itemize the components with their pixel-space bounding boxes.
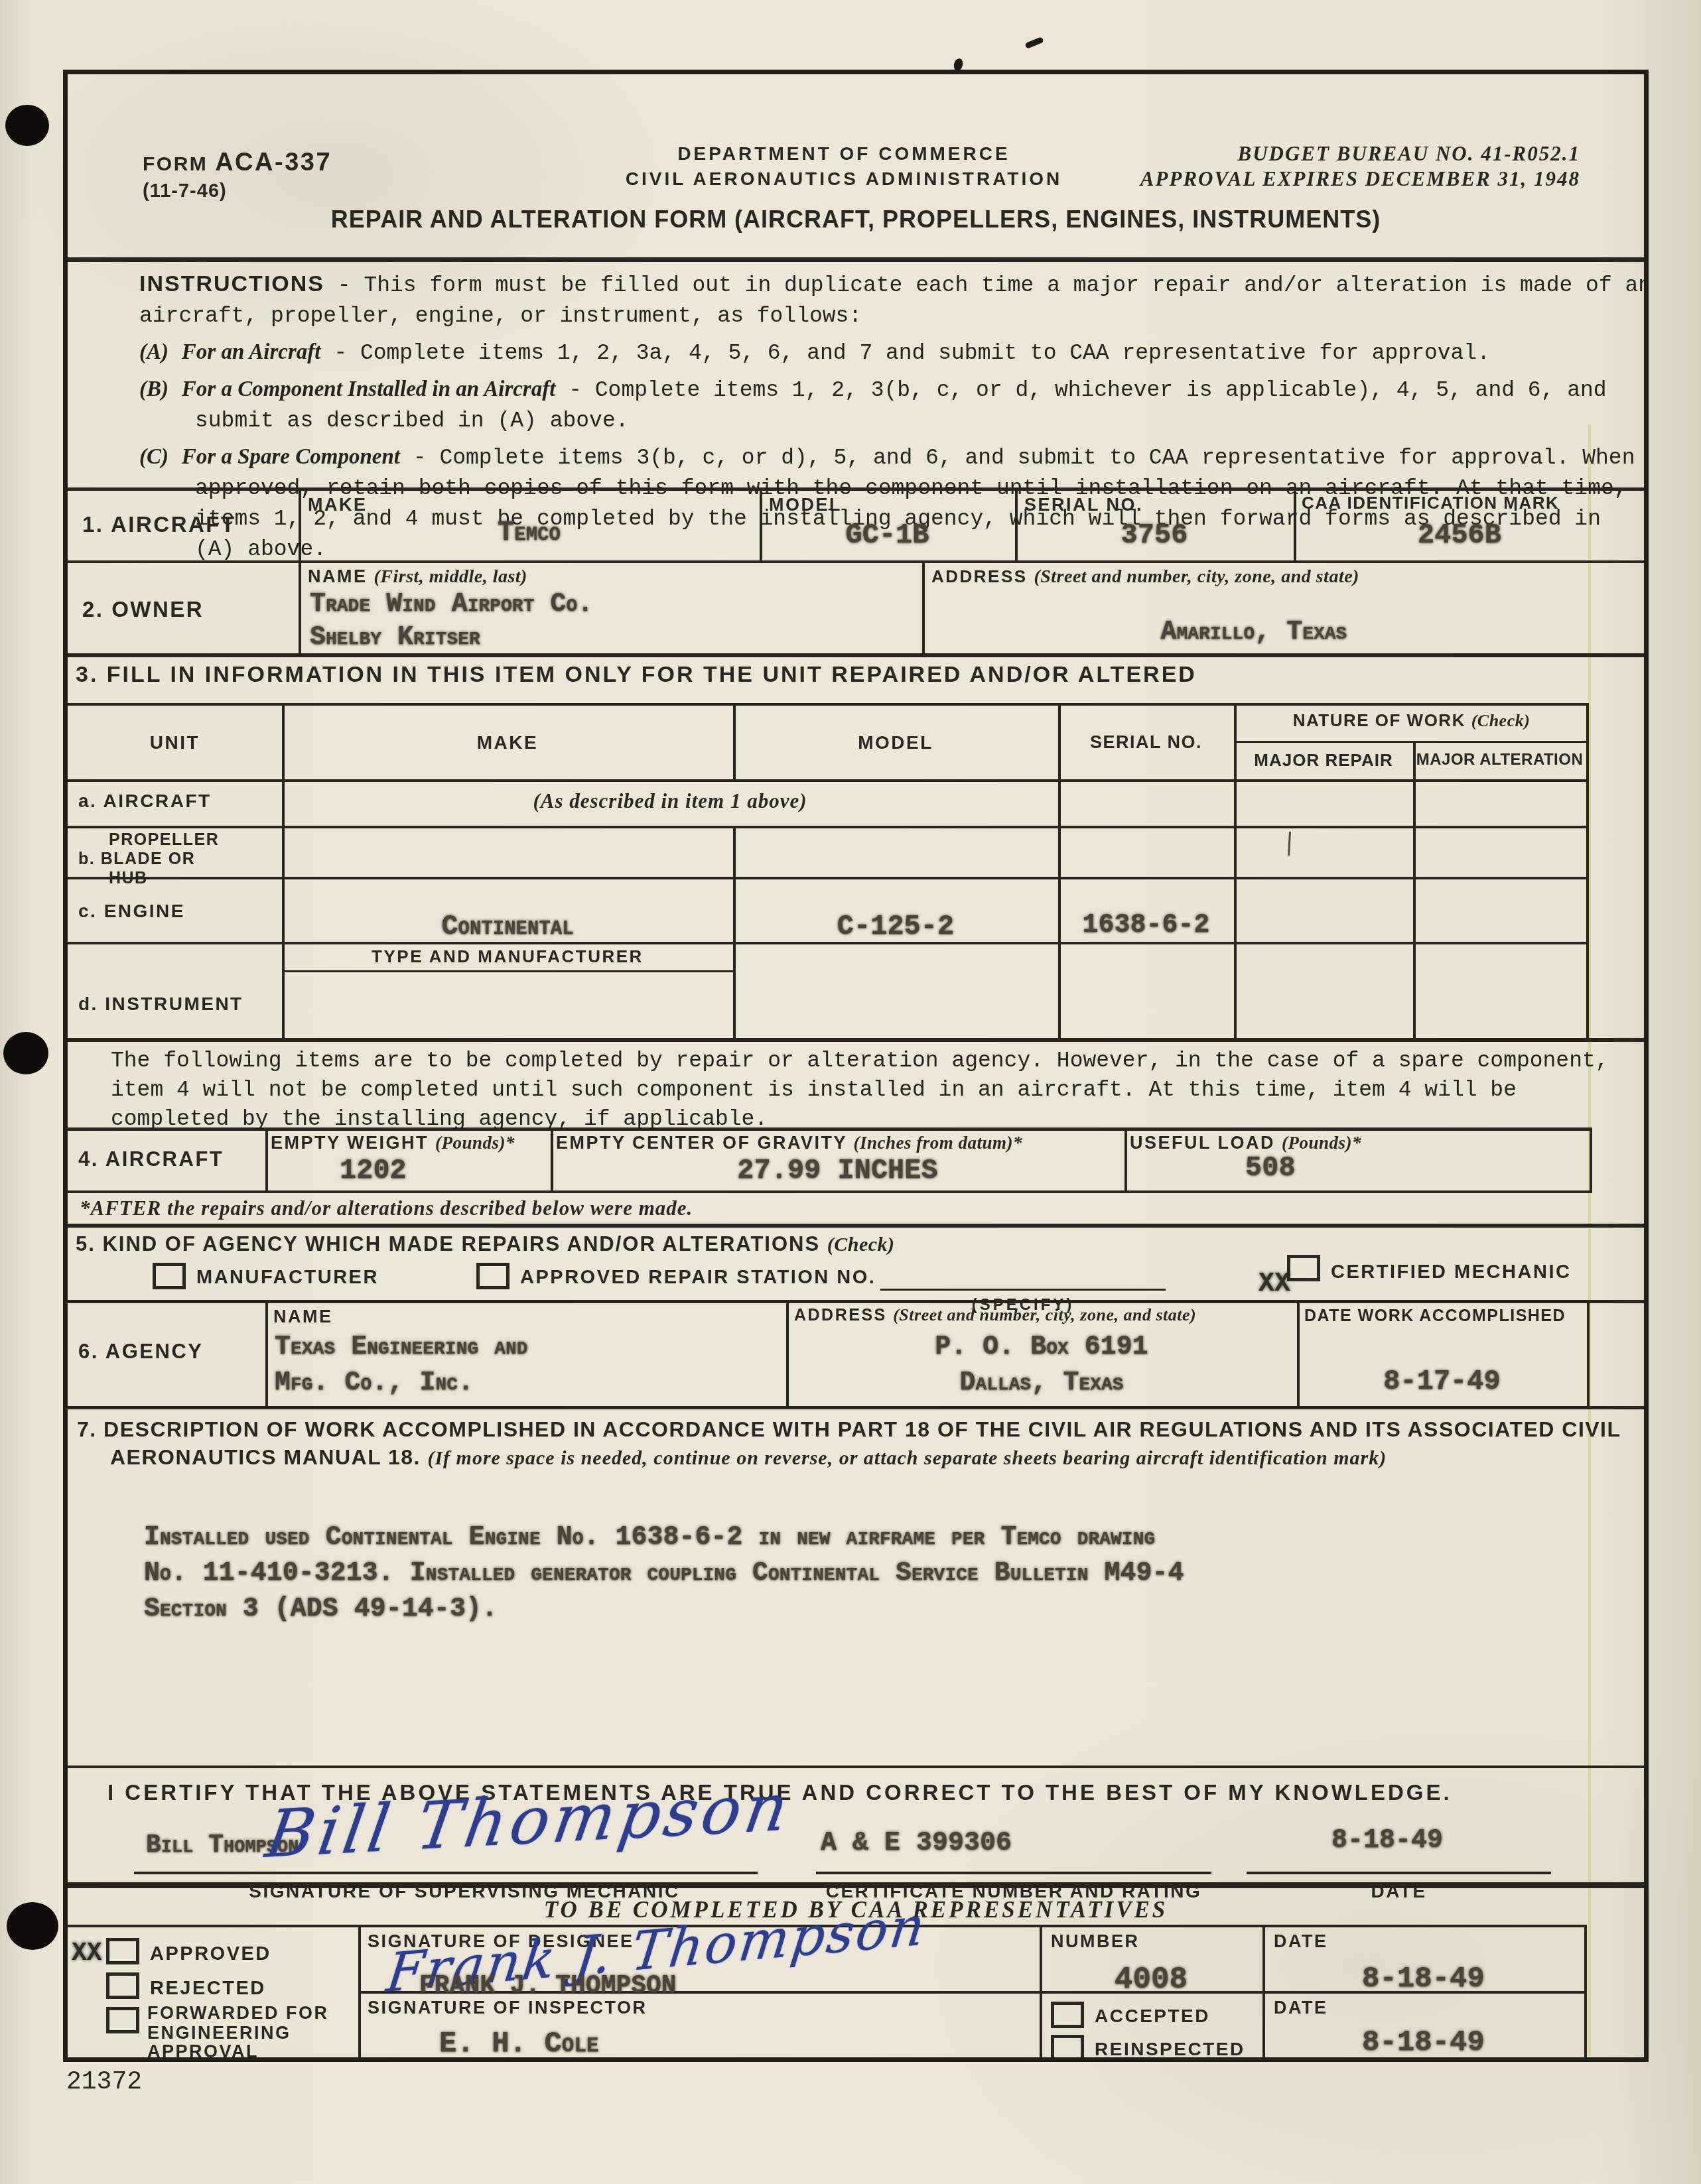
divider	[68, 560, 1644, 563]
inspector-signature-label: SIGNATURE OF INSPECTOR	[368, 1998, 647, 2018]
item1-make-label: MAKE	[308, 495, 368, 515]
item7-heading: 7. DESCRIPTION OF WORK ACCOMPLISHED IN A…	[77, 1415, 1649, 1471]
divider	[1590, 1127, 1592, 1190]
item6-date-label: DATE WORK ACCOMPLISHED	[1304, 1307, 1566, 1326]
item1-model-value: GC-1B	[760, 520, 1015, 550]
reinspected-checkbox	[1051, 2035, 1084, 2061]
certificate-number-value: A & E 399306	[821, 1829, 1012, 1858]
item1-caa-mark-label: CAA IDENTIFICATION MARK	[1302, 493, 1559, 513]
inspector-typed-name: E. H. Cole	[439, 2028, 599, 2060]
item6-address-line1: P. O. Box 6191	[786, 1333, 1297, 1362]
item6-name-line1: Texas Engineering and	[275, 1333, 528, 1362]
row-b-label-line3: HUB	[109, 869, 148, 888]
divider	[265, 1127, 268, 1190]
item1-serial-label: SERIAL NO.	[1024, 495, 1143, 515]
divider	[68, 779, 1589, 782]
row-d-sublabel: TYPE AND MANUFACTURER	[282, 947, 733, 967]
repair-station-checkbox	[476, 1263, 510, 1289]
repair-station-line	[880, 1289, 1166, 1291]
item2-name-value-line1: Trade Wind Airport Co.	[310, 590, 593, 619]
divider	[1413, 741, 1416, 1038]
divider	[68, 487, 1644, 491]
divider	[68, 703, 1589, 706]
col-major-alteration: MAJOR ALTERATION	[1413, 751, 1586, 769]
row-c-model-value: C-125-2	[733, 911, 1058, 942]
forwarded-checkbox	[106, 2007, 139, 2033]
certification-date-value: 8-18-49	[1331, 1827, 1443, 1856]
item4-cg-label: EMPTY CENTER OF GRAVITY (Inches from dat…	[556, 1133, 1022, 1153]
divider	[68, 1406, 1644, 1409]
item2-address-label: ADDRESS (Street and number, city, zone, …	[931, 566, 1359, 588]
col-model: MODEL	[733, 732, 1058, 753]
divider	[68, 1190, 1592, 1193]
rejected-checkbox	[106, 1972, 139, 1999]
budget-bureau-no: BUDGET BUREAU NO. 41-R052.1	[1056, 142, 1580, 166]
rejected-label: REJECTED	[150, 1978, 266, 2000]
form-border: FORM ACA-337 (11-7-46) DEPARTMENT OF COM…	[63, 70, 1649, 2062]
divider	[1058, 703, 1061, 1038]
accepted-label: ACCEPTED	[1095, 2006, 1210, 2027]
certified-mechanic-label: CERTIFIED MECHANIC	[1331, 1261, 1571, 1283]
row-c-serial-value: 1638-6-2	[1038, 911, 1254, 940]
divider	[1234, 741, 1589, 743]
item7-description-line1: Installed used Continental Engine No. 16…	[144, 1523, 1155, 1553]
item4-weight-label: EMPTY WEIGHT (Pounds)*	[271, 1133, 515, 1153]
item4-cg-value: 27.99 INCHES	[551, 1155, 1124, 1186]
row-c-label: c. ENGINE	[78, 901, 185, 922]
item4-weight-value: 1202	[340, 1155, 407, 1186]
item2-name-label: NAME (First, middle, last)	[308, 566, 527, 588]
scanned-page: FORM ACA-337 (11-7-46) DEPARTMENT OF COM…	[0, 0, 1701, 2184]
item4-footnote: *AFTER the repairs and/or alterations de…	[80, 1196, 693, 1220]
divider	[68, 1766, 1644, 1768]
inspector-date-label: DATE	[1274, 1998, 1328, 2018]
forwarded-label-line3: APPROVAL	[147, 2041, 259, 2062]
item4-note: The following items are to be completed …	[111, 1047, 1617, 1134]
divider	[68, 1300, 1644, 1303]
inspector-date-value: 8-18-49	[1262, 2027, 1584, 2059]
item7-description-line3: Section 3 (ADS 49-14-3).	[144, 1595, 498, 1624]
divider	[68, 1038, 1644, 1042]
item6-address-line2: Dallas, Texas	[786, 1369, 1297, 1398]
date-line	[1247, 1872, 1551, 1874]
forwarded-label-line1: FORWARDED FOR	[147, 2003, 329, 2023]
approved-check-mark: XX	[72, 1939, 102, 1968]
stray-pen-mark	[1288, 832, 1291, 856]
item6-address-label: ADDRESS (Street and number, city, zone, …	[794, 1305, 1196, 1325]
row-a-label: a. AIRCRAFT	[78, 791, 212, 812]
instruction-b: (B) For a Component Installed in an Airc…	[139, 375, 1649, 436]
item1-model-label: MODEL	[769, 495, 842, 515]
item1-make-value: Temco	[299, 517, 760, 548]
forwarded-label-line2: ENGINEERING	[147, 2023, 291, 2043]
certified-mechanic-check-mark: XX	[1259, 1269, 1290, 1299]
divider	[68, 877, 1589, 879]
item6-name-line2: Mfg. Co., Inc.	[275, 1369, 474, 1398]
item2-name-value-line2: Shelby Kritser	[310, 623, 480, 653]
divider	[1586, 703, 1589, 1038]
designee-typed-name: FRANK J. THOMPSON	[419, 1972, 677, 2000]
document-number: 21372	[66, 2068, 142, 2096]
approved-checkbox	[106, 1938, 139, 1964]
reinspected-label: REINSPECTED	[1095, 2039, 1245, 2060]
col-serial: SERIAL NO.	[1058, 732, 1234, 753]
instructions-lead: INSTRUCTIONS - This form must be filled …	[139, 271, 1649, 332]
divider	[68, 942, 1589, 944]
row-b-label-line2: b. BLADE OR	[78, 850, 195, 869]
divider	[68, 1224, 1644, 1228]
divider	[68, 1882, 1644, 1888]
designee-number-label: NUMBER	[1051, 1931, 1140, 1952]
designee-number-value: 4008	[1040, 1963, 1262, 1997]
accepted-checkbox	[1051, 2002, 1084, 2028]
instruction-a: (A) For an Aircraft - Complete items 1, …	[139, 338, 1649, 369]
form-revision: (11-7-46)	[143, 180, 227, 202]
approved-label: APPROVED	[150, 1943, 271, 1965]
row-a-note: (As described in item 1 above)	[282, 789, 1058, 813]
designee-date-value: 8-18-49	[1262, 1963, 1584, 1995]
punch-hole	[3, 1032, 48, 1074]
col-nature-of-work: NATURE OF WORK (Check)	[1234, 711, 1589, 731]
repair-station-label: APPROVED REPAIR STATION NO.	[520, 1267, 876, 1289]
item7-description-line2: No. 11-410-3213. Installed generator cou…	[144, 1559, 1184, 1588]
item1-label: 1. AIRCRAFT	[82, 512, 236, 537]
item1-serial-value: 3756	[1015, 520, 1294, 550]
item5-heading: 5. KIND OF AGENCY WHICH MADE REPAIRS AND…	[76, 1232, 895, 1256]
administration-name: CIVIL AERONAUTICS ADMINISTRATION	[578, 168, 1109, 190]
certified-mechanic-checkbox	[1287, 1255, 1320, 1281]
divider	[265, 1300, 268, 1406]
page-title: REPAIR AND ALTERATION FORM (AIRCRAFT, PR…	[68, 206, 1644, 233]
item3-heading: 3. FILL IN INFORMATION IN THIS ITEM ONLY…	[76, 662, 1197, 688]
punch-hole	[7, 1902, 58, 1950]
item1-caa-mark-value: 2456B	[1294, 520, 1625, 550]
divider	[1587, 1300, 1590, 1406]
divider	[1124, 1127, 1127, 1190]
punch-hole	[5, 105, 49, 146]
manufacturer-checkbox	[153, 1263, 186, 1289]
divider	[68, 257, 1644, 262]
col-major-repair: MAJOR REPAIR	[1234, 751, 1413, 771]
designee-date-label: DATE	[1274, 1931, 1328, 1952]
divider	[68, 1127, 1592, 1131]
item4-load-label: USEFUL LOAD (Pounds)*	[1130, 1133, 1361, 1153]
col-unit: UNIT	[68, 732, 282, 753]
certificate-line	[816, 1872, 1211, 1874]
divider	[68, 826, 1589, 828]
divider	[282, 970, 733, 972]
item6-name-label: NAME	[273, 1307, 333, 1327]
row-b-label-line1: PROPELLER	[109, 830, 219, 850]
ink-speck	[1024, 36, 1044, 49]
col-make: MAKE	[282, 732, 733, 753]
department-name: DEPARTMENT OF COMMERCE	[578, 143, 1109, 164]
approval-expires: APPROVAL EXPIRES DECEMBER 31, 1948	[1056, 167, 1580, 191]
divider	[299, 560, 301, 653]
manufacturer-label: MANUFACTURER	[196, 1267, 379, 1289]
item6-date-value: 8-17-49	[1297, 1366, 1587, 1397]
item4-load-value: 508	[1245, 1153, 1296, 1183]
item4-label: 4. AIRCRAFT	[78, 1147, 224, 1171]
item6-label: 6. AGENCY	[78, 1340, 203, 1364]
row-c-make-value: Continental	[282, 911, 733, 942]
form-number: FORM ACA-337	[143, 149, 332, 178]
item2-address-value: Amarillo, Texas	[922, 618, 1586, 647]
signature-line	[134, 1872, 758, 1874]
row-d-label: d. INSTRUMENT	[78, 994, 243, 1015]
divider	[68, 653, 1644, 657]
item2-label: 2. OWNER	[82, 597, 204, 622]
